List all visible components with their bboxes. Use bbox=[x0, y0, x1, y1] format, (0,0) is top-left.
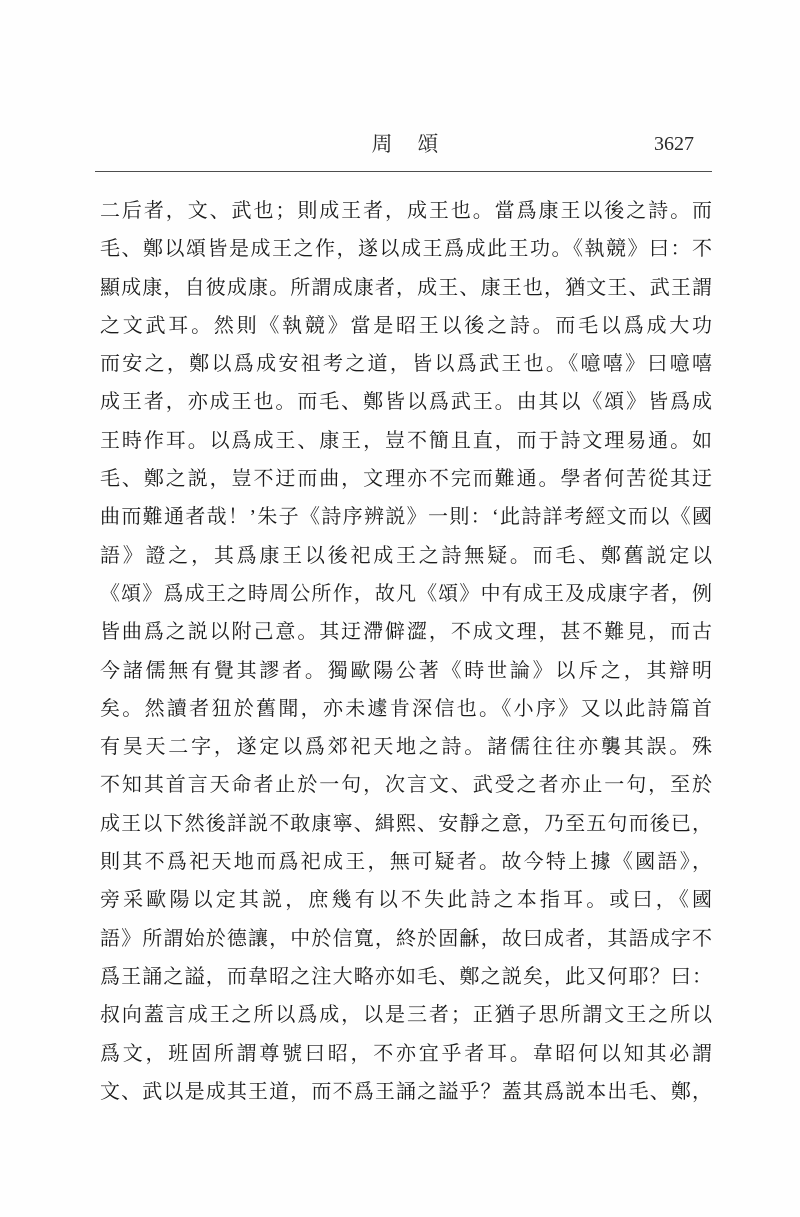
text-line: 而安之，鄭以爲成安祖考之道，皆以爲武王也。《噫嘻》曰噫嘻 bbox=[100, 345, 712, 383]
page-number: 3627 bbox=[654, 130, 694, 158]
text-line: 文、武以是成其王道，而不爲王誦之謚乎？蓋其爲説本出毛、鄭， bbox=[100, 1073, 712, 1111]
text-line: 曲而難通者哉！’朱子《詩序辨説》一則：‘此詩詳考經文而以《國 bbox=[100, 498, 712, 536]
text-line: 顯成康，自彼成康。所謂成康者，成王、康王也，猶文王、武王謂 bbox=[100, 269, 712, 307]
text-line: 語》所謂始於德讓，中於信寬，終於固龢，故曰成者，其語成字不 bbox=[100, 920, 712, 958]
book-page: 周 頌 3627 二后者，文、武也；則成王者，成王也。當爲康王以後之詩。而毛、鄭… bbox=[0, 0, 800, 1217]
text-line: 有昊天二字，遂定以爲郊祀天地之詩。諸儒往往亦襲其誤。殊 bbox=[100, 728, 712, 766]
page-header: 周 頌 3627 bbox=[100, 130, 712, 158]
text-line: 叔向蓋言成王之所以爲成，以是三者；正猶子思所謂文王之所以 bbox=[100, 996, 712, 1034]
text-line: 王時作耳。以爲成王、康王，豈不簡且直，而于詩文理易通。如 bbox=[100, 422, 712, 460]
text-line: 旁采歐陽以定其説，庶幾有以不失此詩之本指耳。或曰，《國 bbox=[100, 881, 712, 919]
text-line: 二后者，文、武也；則成王者，成王也。當爲康王以後之詩。而 bbox=[100, 192, 712, 230]
text-line: 毛、鄭之説，豈不迂而曲，文理亦不完而難通。學者何苦從其迂 bbox=[100, 460, 712, 498]
text-line: 毛、鄭以頌皆是成王之作，遂以成王爲成此王功。《執競》曰：不 bbox=[100, 230, 712, 268]
text-line: 語》證之，其爲康王以後祀成王之詩無疑。而毛、鄭舊説定以 bbox=[100, 537, 712, 575]
text-line: 今諸儒無有覺其謬者。獨歐陽公著《時世論》以斥之，其辯明 bbox=[100, 652, 712, 690]
running-title: 周 頌 bbox=[100, 130, 712, 158]
text-line: 爲王誦之謚，而韋昭之注大略亦如毛、鄭之説矣，此又何耶？曰： bbox=[100, 958, 712, 996]
text-line: 爲文，班固所謂尊號曰昭，不亦宜乎者耳。韋昭何以知其必謂 bbox=[100, 1035, 712, 1073]
text-line: 則其不爲祀天地而爲祀成王，無可疑者。故今特上據《國語》， bbox=[100, 843, 712, 881]
text-line: 不知其首言天命者止於一句，次言文、武受之者亦止一句，至於 bbox=[100, 766, 712, 804]
text-line: 之文武耳。然則《執競》當是昭王以後之詩。而毛以爲成大功 bbox=[100, 307, 712, 345]
text-line: 《頌》爲成王之時周公所作，故凡《頌》中有成王及成康字者，例 bbox=[100, 575, 712, 613]
body-text: 二后者，文、武也；則成王者，成王也。當爲康王以後之詩。而毛、鄭以頌皆是成王之作，… bbox=[100, 192, 712, 1111]
text-line: 成王以下然後詳説不敢康寧、緝熙、安靜之意，乃至五句而後已， bbox=[100, 805, 712, 843]
text-line: 成王者，亦成王也。而毛、鄭皆以爲武王。由其以《頌》皆爲成 bbox=[100, 383, 712, 421]
header-rule bbox=[95, 171, 712, 172]
text-line: 皆曲爲之説以附己意。其迂滯僻澀，不成文理，甚不難見，而古 bbox=[100, 613, 712, 651]
text-line: 矣。然讀者狃於舊聞，亦未遽肯深信也。《小序》又以此詩篇首 bbox=[100, 690, 712, 728]
